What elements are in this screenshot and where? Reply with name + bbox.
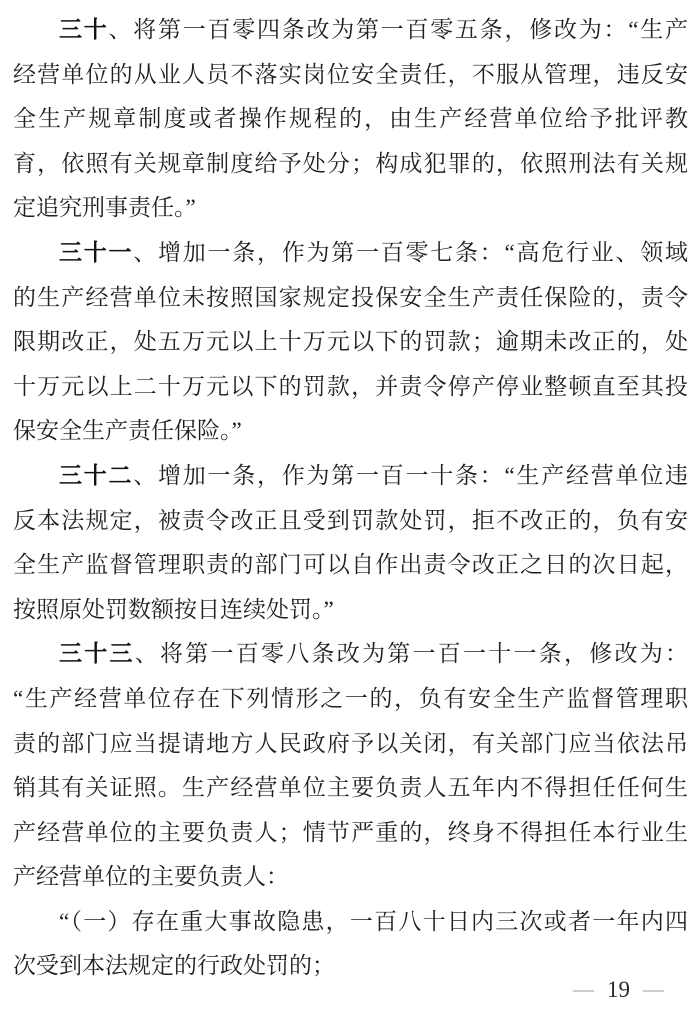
text-line: 保安全生产责任保险。” bbox=[13, 409, 688, 454]
text-line: 全生产规章制度或者操作规程的，由生产经营单位给予批评教 bbox=[13, 97, 688, 142]
legal-amendments-text: 三十、将第一百零四条改为第一百零五条，修改为：“生产 经营单位的从业人员不落实岗… bbox=[13, 8, 688, 989]
section-number: 三十二 bbox=[59, 463, 133, 488]
text-line: 反本法规定，被责令改正且受到罚款处罚，拒不改正的，负有安 bbox=[13, 499, 688, 544]
text-line: “生产经营单位存在下列情形之一的，负有安全生产监督管理职 bbox=[13, 677, 688, 722]
text-line: 三十、将第一百零四条改为第一百零五条，修改为：“生产 bbox=[13, 8, 688, 53]
text-line: 三十一、增加一条，作为第一百零七条：“高危行业、领域 bbox=[13, 231, 688, 276]
text-line: 定追究刑事责任。” bbox=[13, 186, 688, 231]
page-number-right-dash: — bbox=[643, 979, 664, 1000]
text-line: 十万元以上二十万元以下的罚款，并责令停产停业整顿直至其投 bbox=[13, 365, 688, 410]
text-line: 育，依照有关规章制度给予处分；构成犯罪的，依照刑法有关规 bbox=[13, 142, 688, 187]
text-line: “（一）存在重大事故隐患，一百八十日内三次或者一年内四 bbox=[13, 900, 688, 945]
page-number-value: 19 bbox=[607, 978, 630, 1001]
text-line: 的生产经营单位未按照国家规定投保安全生产责任保险的，责令 bbox=[13, 276, 688, 321]
line-text: 、将第一百零八条改为第一百一十一条，修改为： bbox=[135, 641, 688, 666]
section-number: 三十 bbox=[59, 17, 109, 42]
line-text: 、增加一条，作为第一百一十条：“生产经营单位违 bbox=[133, 463, 688, 488]
text-line: 三十二、增加一条，作为第一百一十条：“生产经营单位违 bbox=[13, 454, 688, 499]
text-line: 按照原处罚数额按日连续处罚。” bbox=[13, 588, 688, 633]
section-number: 三十一 bbox=[59, 240, 133, 265]
text-line: 全生产监督管理职责的部门可以自作出责令改正之日的次日起， bbox=[13, 543, 688, 588]
page-number-left-dash: — bbox=[573, 979, 594, 1000]
text-line: 经营单位的从业人员不落实岗位安全责任，不服从管理，违反安 bbox=[13, 53, 688, 98]
text-line: 限期改正，处五万元以上十万元以下的罚款；逾期未改正的，处 bbox=[13, 320, 688, 365]
scanned-document-page: 三十、将第一百零四条改为第一百零五条，修改为：“生产 经营单位的从业人员不落实岗… bbox=[0, 0, 690, 1020]
text-line: 三十三、将第一百零八条改为第一百一十一条，修改为： bbox=[13, 632, 688, 677]
text-line: 销其有关证照。生产经营单位主要负责人五年内不得担任任何生 bbox=[13, 766, 688, 811]
line-text: 、增加一条，作为第一百零七条：“高危行业、领域 bbox=[133, 240, 688, 265]
page-number: — 19 — bbox=[573, 978, 664, 1001]
line-text: 、将第一百零四条改为第一百零五条，修改为：“生产 bbox=[109, 17, 689, 42]
text-line: 产经营单位的主要负责人；情节严重的，终身不得担任本行业生 bbox=[13, 811, 688, 856]
text-line: 产经营单位的主要负责人： bbox=[13, 855, 688, 900]
text-line: 责的部门应当提请地方人民政府予以关闭，有关部门应当依法吊 bbox=[13, 722, 688, 767]
section-number: 三十三 bbox=[59, 641, 135, 666]
